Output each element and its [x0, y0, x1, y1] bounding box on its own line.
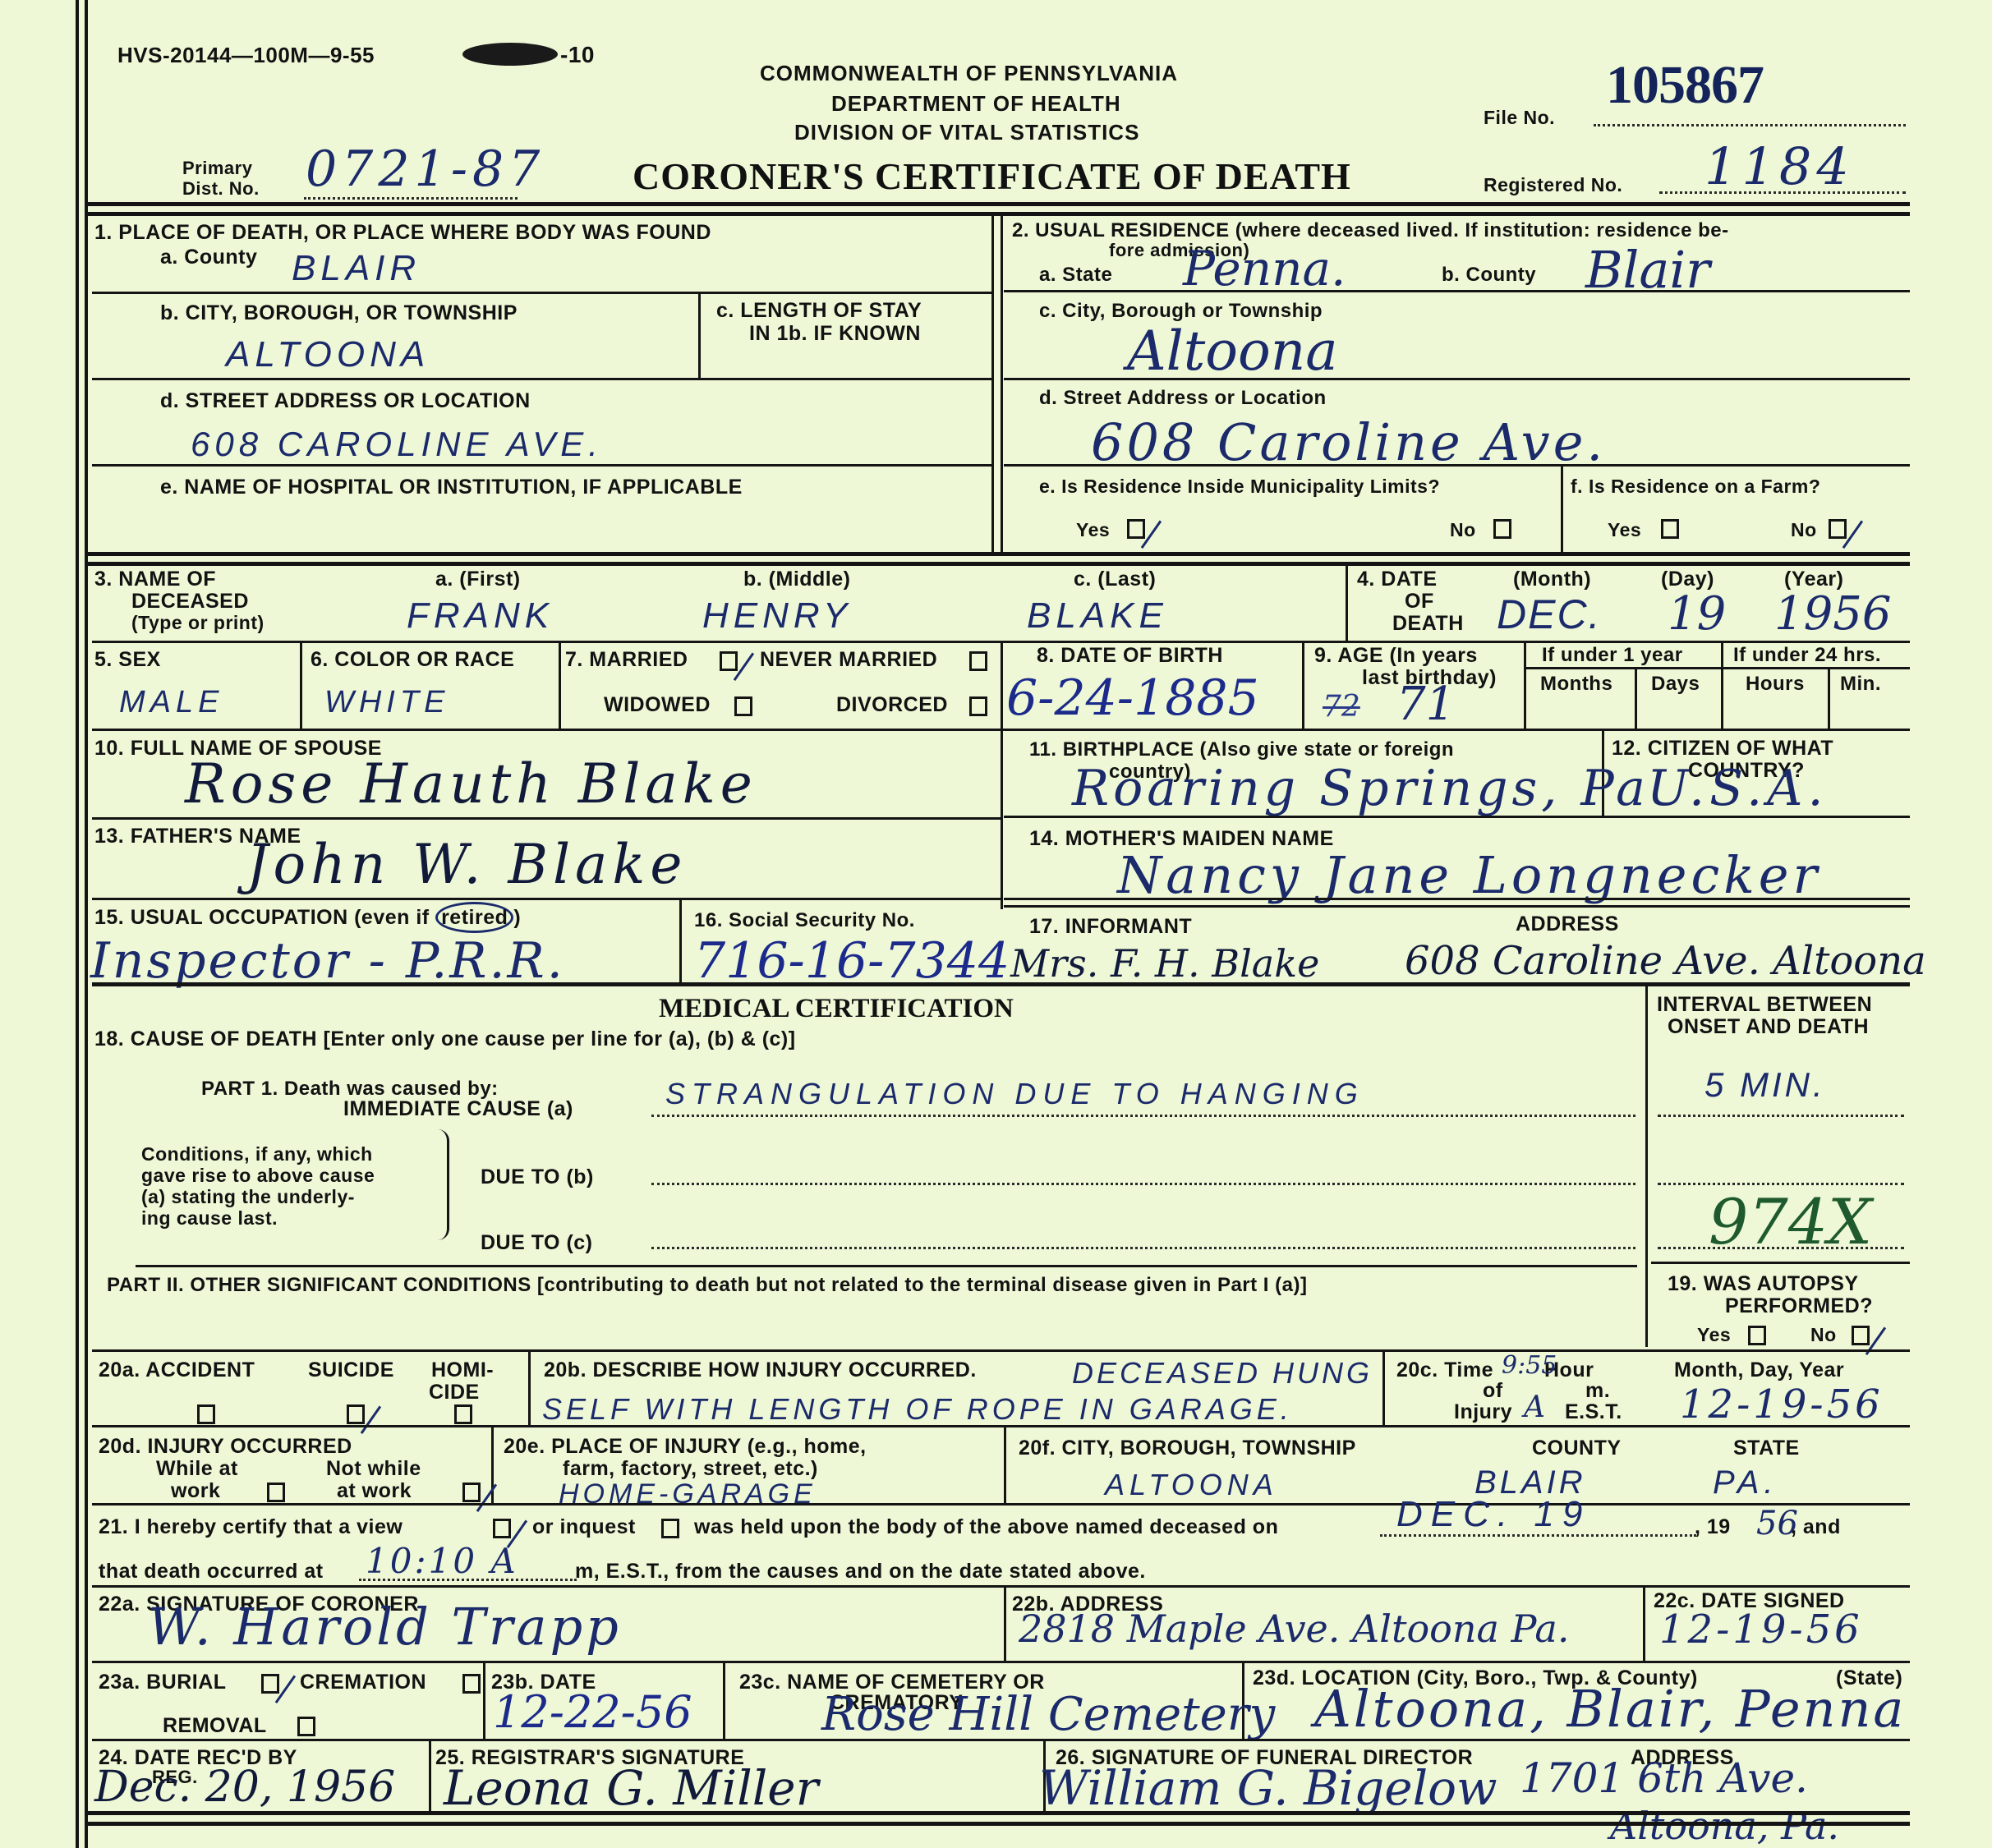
pod-stay-label-1: c. LENGTH OF STAY	[716, 300, 922, 321]
months-days-divider	[1635, 667, 1637, 729]
ur-street-value: 608 Caroline Ave.	[1091, 417, 1606, 468]
injury-date-label: Month, Day, Year	[1674, 1359, 1844, 1381]
informant-label: 17. INFORMANT	[1029, 916, 1192, 937]
manner-suicide-label: SUICIDE	[308, 1359, 394, 1381]
dob-age-divider	[1302, 641, 1304, 729]
registered-no-label: Registered No.	[1484, 175, 1622, 195]
pod-city-stay-divider	[698, 292, 701, 380]
cert-line2-b: m, E.S.T., from the causes and on the da…	[575, 1561, 1146, 1582]
burial-label: 23a. BURIAL	[99, 1671, 227, 1693]
occupation-label-close: )	[513, 906, 521, 929]
deceased-name-label-3: (Type or print)	[131, 613, 265, 632]
under1-under24-divider	[1721, 641, 1723, 729]
row-11-rule	[1004, 816, 1910, 818]
ur-county-value: Blair	[1585, 245, 1710, 296]
occupation-label-main: 15. USUAL OCCUPATION (even if	[94, 906, 430, 929]
cert-line1-a: 21. I hereby certify that a view	[99, 1516, 403, 1538]
middle-name-label: b. (Middle)	[743, 568, 850, 590]
first-name-value: FRANK	[407, 598, 554, 634]
code-annotation: 974X	[1709, 1191, 1872, 1253]
pod-row-b-rule	[92, 378, 991, 380]
date-cemetery-divider	[723, 1661, 725, 1739]
header-rule-top	[85, 202, 1910, 206]
dod-month-label: (Month)	[1513, 568, 1591, 590]
spouse-birthplace-divider	[1001, 729, 1003, 909]
spouse-value: Rose Hauth Blake	[185, 757, 757, 811]
ur-city-label: c. City, Borough or Township	[1039, 301, 1323, 321]
dob-label: 8. DATE OF BIRTH	[1037, 645, 1223, 666]
ur-county-label: b. County	[1442, 264, 1536, 285]
immediate-cause-label: IMMEDIATE CAUSE (a)	[343, 1098, 573, 1119]
manner-suicide-checkbox[interactable]	[347, 1404, 365, 1424]
dod-label-1: 4. DATE	[1357, 568, 1438, 590]
injury-state-value: PA.	[1713, 1466, 1778, 1499]
mother-value: Nancy Jane Longnecker	[1117, 850, 1821, 901]
deceased-name-label-1: 3. NAME OF	[94, 568, 216, 590]
first-name-label: a. (First)	[435, 568, 521, 590]
file-no-underline	[1594, 124, 1906, 126]
citizen-value: U.S.A.	[1647, 764, 1829, 813]
married-checkbox[interactable]	[720, 651, 738, 671]
divorced-label: DIVORCED	[836, 694, 948, 715]
autopsy-label-2: PERFORMED?	[1725, 1295, 1873, 1317]
dod-day-value: 19	[1668, 591, 1726, 637]
ur-state-value: Penna.	[1183, 245, 1346, 292]
due-to-c-label: DUE TO (c)	[481, 1232, 593, 1253]
injury-city-value: ALTOONA	[1105, 1470, 1278, 1500]
immediate-cause-value: STRANGULATION DUE TO HANGING	[665, 1079, 1364, 1109]
time-of-injury-hour: 9:55	[1502, 1354, 1557, 1378]
ur-street-label: d. Street Address or Location	[1039, 388, 1327, 408]
ur-farm-yes-checkbox[interactable]	[1661, 519, 1679, 539]
time-of-injury-label-2: of	[1483, 1380, 1503, 1401]
ur-row-a-rule	[1004, 290, 1910, 292]
row-20a-rule	[92, 1425, 1910, 1427]
not-while-at-work-label-2: at work	[337, 1480, 412, 1501]
header-rule-bottom	[85, 212, 1910, 216]
cemetery-value: Rose Hill Cemetery	[821, 1692, 1275, 1738]
last-name-label: c. (Last)	[1074, 568, 1156, 590]
ur-city-value: Altoona	[1127, 324, 1338, 379]
autopsy-yes-label: Yes	[1697, 1325, 1731, 1345]
cert-line2-a: that death occurred at	[99, 1561, 324, 1582]
name-dod-divider	[1346, 562, 1348, 641]
ur-inside-yes-checkbox[interactable]	[1127, 519, 1145, 539]
row-15-rule	[92, 982, 1910, 986]
pod-city-label: b. CITY, BOROUGH, OR TOWNSHIP	[160, 302, 518, 324]
informant-address-value: 608 Caroline Ave. Altoona	[1405, 941, 1926, 981]
hours-min-divider	[1828, 667, 1830, 729]
describe-time-divider	[1382, 1349, 1385, 1425]
months-label: Months	[1540, 673, 1612, 694]
time-of-injury-label-3: Injury	[1454, 1401, 1512, 1423]
cert-line1-e: , and	[1791, 1516, 1841, 1538]
coroner-signature-value: W. Harold Trapp	[148, 1602, 622, 1653]
inquest-checkbox[interactable]	[661, 1519, 679, 1538]
ur-inside-no-label: No	[1450, 520, 1476, 540]
age-label-1: 9. AGE (In years	[1314, 645, 1478, 666]
race-marital-divider	[559, 641, 561, 729]
conditions-label-1: Conditions, if any, which	[141, 1144, 373, 1164]
section-3-rule-bottom	[85, 562, 1910, 566]
manner-homicide-label-2: CIDE	[429, 1381, 480, 1403]
while-at-work-checkbox[interactable]	[267, 1483, 285, 1502]
due-to-b-label: DUE TO (b)	[481, 1166, 594, 1188]
interval-label-1: INTERVAL BETWEEN	[1657, 994, 1872, 1015]
injury-occurred-label: 20d. INJURY OCCURRED	[99, 1436, 352, 1457]
part1-label: PART 1. Death was caused by:	[201, 1078, 499, 1099]
autopsy-no-label: No	[1810, 1325, 1837, 1345]
pod-city-value: ALTOONA	[226, 337, 430, 373]
method-date-divider	[483, 1661, 485, 1739]
held-date-line	[1380, 1534, 1696, 1537]
marital-dob-divider	[1001, 641, 1003, 729]
describe-injury-line-1: DECEASED HUNG	[1072, 1358, 1373, 1388]
usual-residence-heading-1: 2. USUAL RESIDENCE (where deceased lived…	[1012, 220, 1729, 241]
not-while-at-work-checkbox[interactable]	[462, 1483, 481, 1502]
medical-interval-divider	[1645, 986, 1648, 1347]
part2-rule	[136, 1265, 1637, 1267]
primary-dist-value: 0721-87	[306, 145, 545, 194]
ur-row-c-rule	[1004, 378, 1910, 380]
never-married-label: NEVER MARRIED	[760, 649, 937, 670]
widowed-label: WIDOWED	[604, 694, 711, 715]
death-time-value: 10:10 A	[366, 1544, 518, 1579]
manner-describe-divider	[528, 1349, 531, 1425]
agency-line-3: DIVISION OF VITAL STATISTICS	[794, 122, 1139, 144]
deceased-name-label-2: DECEASED	[131, 591, 249, 612]
page-left-border-outer	[76, 0, 79, 1848]
never-married-checkbox[interactable]	[969, 651, 987, 671]
union-label-icon	[462, 43, 558, 66]
ur-state-label: a. State	[1039, 264, 1112, 285]
time-of-injury-ampm: A	[1524, 1393, 1545, 1423]
location-value: Altoona, Blair, Penna	[1314, 1684, 1906, 1735]
form-code: HVS-20144—100M—9-55	[117, 44, 375, 67]
primary-dist-label-1: Primary	[182, 159, 252, 177]
sex-value: MALE	[119, 687, 223, 718]
burial-checkbox[interactable]	[261, 1674, 279, 1694]
conditions-label-4: ing cause last.	[141, 1208, 278, 1228]
row-21-rule	[92, 1585, 1910, 1588]
ur-inside-limits-label: e. Is Residence Inside Municipality Limi…	[1039, 476, 1440, 496]
injury-date-value: 12-19-56	[1680, 1385, 1884, 1424]
ur-farm-yes-label: Yes	[1608, 520, 1641, 540]
pod-street-label: d. STREET ADDRESS OR LOCATION	[160, 390, 531, 411]
injury-city-label: 20f. CITY, BOROUGH, TOWNSHIP	[1019, 1437, 1356, 1459]
pod-stay-label-2: IN 1b. IF KNOWN	[749, 323, 921, 344]
divorced-checkbox[interactable]	[969, 696, 987, 716]
funeral-director-value: William G. Bigelow	[1039, 1764, 1497, 1812]
row-13-rule	[92, 898, 1001, 900]
married-label: 7. MARRIED	[565, 649, 688, 670]
addr-date-divider	[1643, 1585, 1645, 1661]
occupation-value: Inspector - P.R.R.	[90, 936, 565, 986]
last-name-value: BLAKE	[1027, 598, 1168, 634]
est-label: E.S.T.	[1565, 1401, 1622, 1423]
injury-state-label: STATE	[1733, 1437, 1800, 1459]
manner-accident-checkbox[interactable]	[197, 1404, 215, 1424]
m-label: m.	[1585, 1380, 1610, 1401]
file-no-label: File No.	[1484, 108, 1555, 127]
due-to-b-line	[651, 1183, 1635, 1185]
age-under1-divider	[1524, 641, 1526, 729]
ur-farm-label: f. Is Residence on a Farm?	[1571, 476, 1820, 496]
pod-row-a-rule	[92, 292, 991, 294]
occupation-label-retired: retired	[435, 902, 513, 933]
ur-inside-yes-label: Yes	[1076, 520, 1110, 540]
middle-name-value: HENRY	[702, 598, 852, 634]
section-3-rule-top	[85, 552, 1910, 556]
manner-accident-label: 20a. ACCIDENT	[99, 1359, 255, 1381]
citizen-label-1: 12. CITIZEN OF WHAT	[1612, 738, 1833, 759]
row-14-rule-b	[1004, 905, 1910, 908]
section-1-2-divider-b	[1001, 215, 1003, 552]
row-19-rule	[92, 1349, 1910, 1352]
date-signed-value: 12-19-56	[1659, 1610, 1863, 1649]
manner-homicide-label-1: HOMI-	[431, 1359, 494, 1381]
pod-row-d-rule	[92, 464, 991, 467]
birthplace-label-1: 11. BIRTHPLACE (Also give state or forei…	[1029, 739, 1454, 760]
disposition-date-value: 12-22-56	[493, 1690, 692, 1735]
ur-farm-no-label: No	[1791, 520, 1817, 540]
dod-year-value: 1956	[1774, 591, 1892, 637]
primary-dist-label-2: Dist. No.	[182, 179, 260, 198]
describe-injury-label: 20b. DESCRIBE HOW INJURY OCCURRED.	[544, 1359, 977, 1381]
due-to-c-line	[651, 1247, 1635, 1249]
row-22-rule	[92, 1661, 1910, 1663]
ur-farm-no-checkbox[interactable]	[1829, 519, 1847, 539]
row-23-rule	[92, 1739, 1910, 1741]
autopsy-label-1: 19. WAS AUTOPSY	[1668, 1273, 1859, 1294]
manner-homicide-checkbox[interactable]	[454, 1404, 472, 1424]
days-label: Days	[1651, 673, 1700, 694]
registered-no-value: 1184	[1704, 141, 1854, 192]
union-label-suffix: -10	[560, 43, 595, 67]
under-1-year-label: If under 1 year	[1542, 645, 1683, 665]
under-24-hours-label: If under 24 hrs.	[1733, 645, 1881, 665]
ur-inside-no-checkbox[interactable]	[1493, 519, 1511, 539]
bottom-rule-top	[85, 1811, 1910, 1815]
cause-of-death-label: 18. CAUSE OF DEATH [Enter only one cause…	[94, 1028, 796, 1050]
view-checkbox[interactable]	[493, 1519, 511, 1538]
place-of-injury-label-1: 20e. PLACE OF INJURY (e.g., home,	[504, 1436, 867, 1457]
immediate-interval-line	[1658, 1115, 1904, 1117]
registrar-signature-value: Leona G. Miller	[444, 1764, 818, 1812]
removal-checkbox[interactable]	[297, 1717, 315, 1736]
cert-line1-d: , 19	[1695, 1516, 1731, 1538]
conditions-brace	[437, 1129, 449, 1240]
ur-limits-farm-divider	[1561, 464, 1563, 552]
conditions-label-2: gave rise to above cause	[141, 1165, 375, 1185]
page-left-border-inner	[85, 0, 88, 1848]
section-1-2-divider-a	[991, 215, 994, 552]
agency-line-1: COMMONWEALTH OF PENNSYLVANIA	[760, 62, 1178, 85]
ssn-label: 16. Social Security No.	[694, 910, 915, 931]
place-city-divider	[1004, 1425, 1006, 1503]
while-at-work-label-1: While at	[156, 1458, 238, 1479]
father-value: John W. Blake	[246, 838, 687, 892]
autopsy-yes-checkbox[interactable]	[1748, 1326, 1766, 1345]
file-no-value: 105867	[1606, 54, 1764, 117]
removal-label: REMOVAL	[163, 1715, 267, 1736]
dod-month-value: DEC.	[1497, 594, 1601, 635]
time-of-injury-label-1: 20c. Time	[1396, 1359, 1493, 1381]
immediate-interval-value: 5 MIN.	[1704, 1068, 1826, 1102]
cremation-label: CREMATION	[300, 1671, 426, 1693]
dod-label-3: DEATH	[1392, 613, 1464, 634]
dod-label-2: OF	[1405, 591, 1434, 612]
cremation-checkbox[interactable]	[462, 1674, 481, 1694]
age-value: 71	[1396, 682, 1455, 728]
occupation-label-1: 15. USUAL OCCUPATION (even if retired)	[94, 907, 521, 928]
bottom-rule-bottom	[85, 1822, 1910, 1826]
autopsy-rule	[1651, 1262, 1910, 1264]
place-of-death-heading: 1. PLACE OF DEATH, OR PLACE WHERE BODY W…	[94, 222, 711, 243]
funeral-director-address-line-1: 1701 6th Ave.	[1520, 1758, 1808, 1799]
informant-value: Mrs. F. H. Blake	[1010, 945, 1319, 982]
dob-value: 6-24-1885	[1006, 673, 1259, 723]
conditions-label-3: (a) stating the underly-	[141, 1187, 355, 1207]
pod-hospital-label: e. NAME OF HOSPITAL OR INSTITUTION, IF A…	[160, 476, 743, 498]
pod-county-label: a. County	[160, 246, 257, 268]
cert-line1-b: or inquest	[532, 1516, 636, 1538]
sex-race-divider	[300, 641, 302, 729]
document-title: CORONER'S CERTIFICATE OF DEATH	[633, 154, 1351, 198]
sig-addr-divider	[1004, 1585, 1006, 1661]
row-20d-rule	[92, 1503, 1910, 1506]
informant-address-label: ADDRESS	[1516, 913, 1619, 935]
part2-label: PART II. OTHER SIGNIFICANT CONDITIONS [c…	[107, 1275, 1307, 1295]
under-subheader-rule	[1524, 667, 1910, 669]
describe-injury-line-2: SELF WITH LENGTH OF ROPE IN GARAGE.	[542, 1395, 1293, 1424]
immediate-cause-line	[651, 1115, 1635, 1117]
ur-row-d-rule	[1004, 464, 1910, 467]
agency-line-2: DEPARTMENT OF HEALTH	[831, 93, 1121, 115]
date-received-value: Dec. 20, 1956	[94, 1766, 395, 1809]
coroner-address-value: 2818 Maple Ave. Altoona Pa.	[1019, 1610, 1569, 1648]
race-value: WHITE	[324, 687, 449, 718]
while-at-work-label-2: work	[171, 1480, 220, 1501]
widowed-checkbox[interactable]	[734, 696, 752, 716]
age-struck-value: 72	[1323, 692, 1360, 722]
hours-label: Hours	[1746, 673, 1805, 694]
ssn-value: 716-16-7344	[694, 936, 1010, 986]
medical-heading: MEDICAL CERTIFICATION	[659, 994, 1014, 1024]
held-date-value: DEC. 19	[1396, 1496, 1590, 1533]
autopsy-no-checkbox[interactable]	[1852, 1326, 1870, 1345]
interval-label-2: ONSET AND DEATH	[1668, 1016, 1869, 1037]
pod-county-value: BLAIR	[292, 251, 421, 287]
birthplace-value: Roaring Springs, Pa	[1072, 764, 1649, 813]
not-while-at-work-label-1: Not while	[326, 1458, 421, 1479]
occupation-ssn-divider	[679, 898, 682, 984]
race-label: 6. COLOR OR RACE	[311, 649, 514, 670]
rec-registrar-divider	[429, 1739, 431, 1813]
pod-street-value: 608 CAROLINE AVE.	[191, 427, 603, 462]
min-label: Min.	[1840, 673, 1881, 694]
place-of-injury-label-2: farm, factory, street, etc.)	[563, 1458, 818, 1479]
row-14-rule-a	[1004, 898, 1910, 900]
injury-county-label: COUNTY	[1532, 1437, 1622, 1459]
sex-label: 5. SEX	[94, 649, 161, 670]
cert-line1-c: was held upon the body of the above name…	[694, 1516, 1278, 1538]
row-10-rule	[92, 817, 1001, 820]
